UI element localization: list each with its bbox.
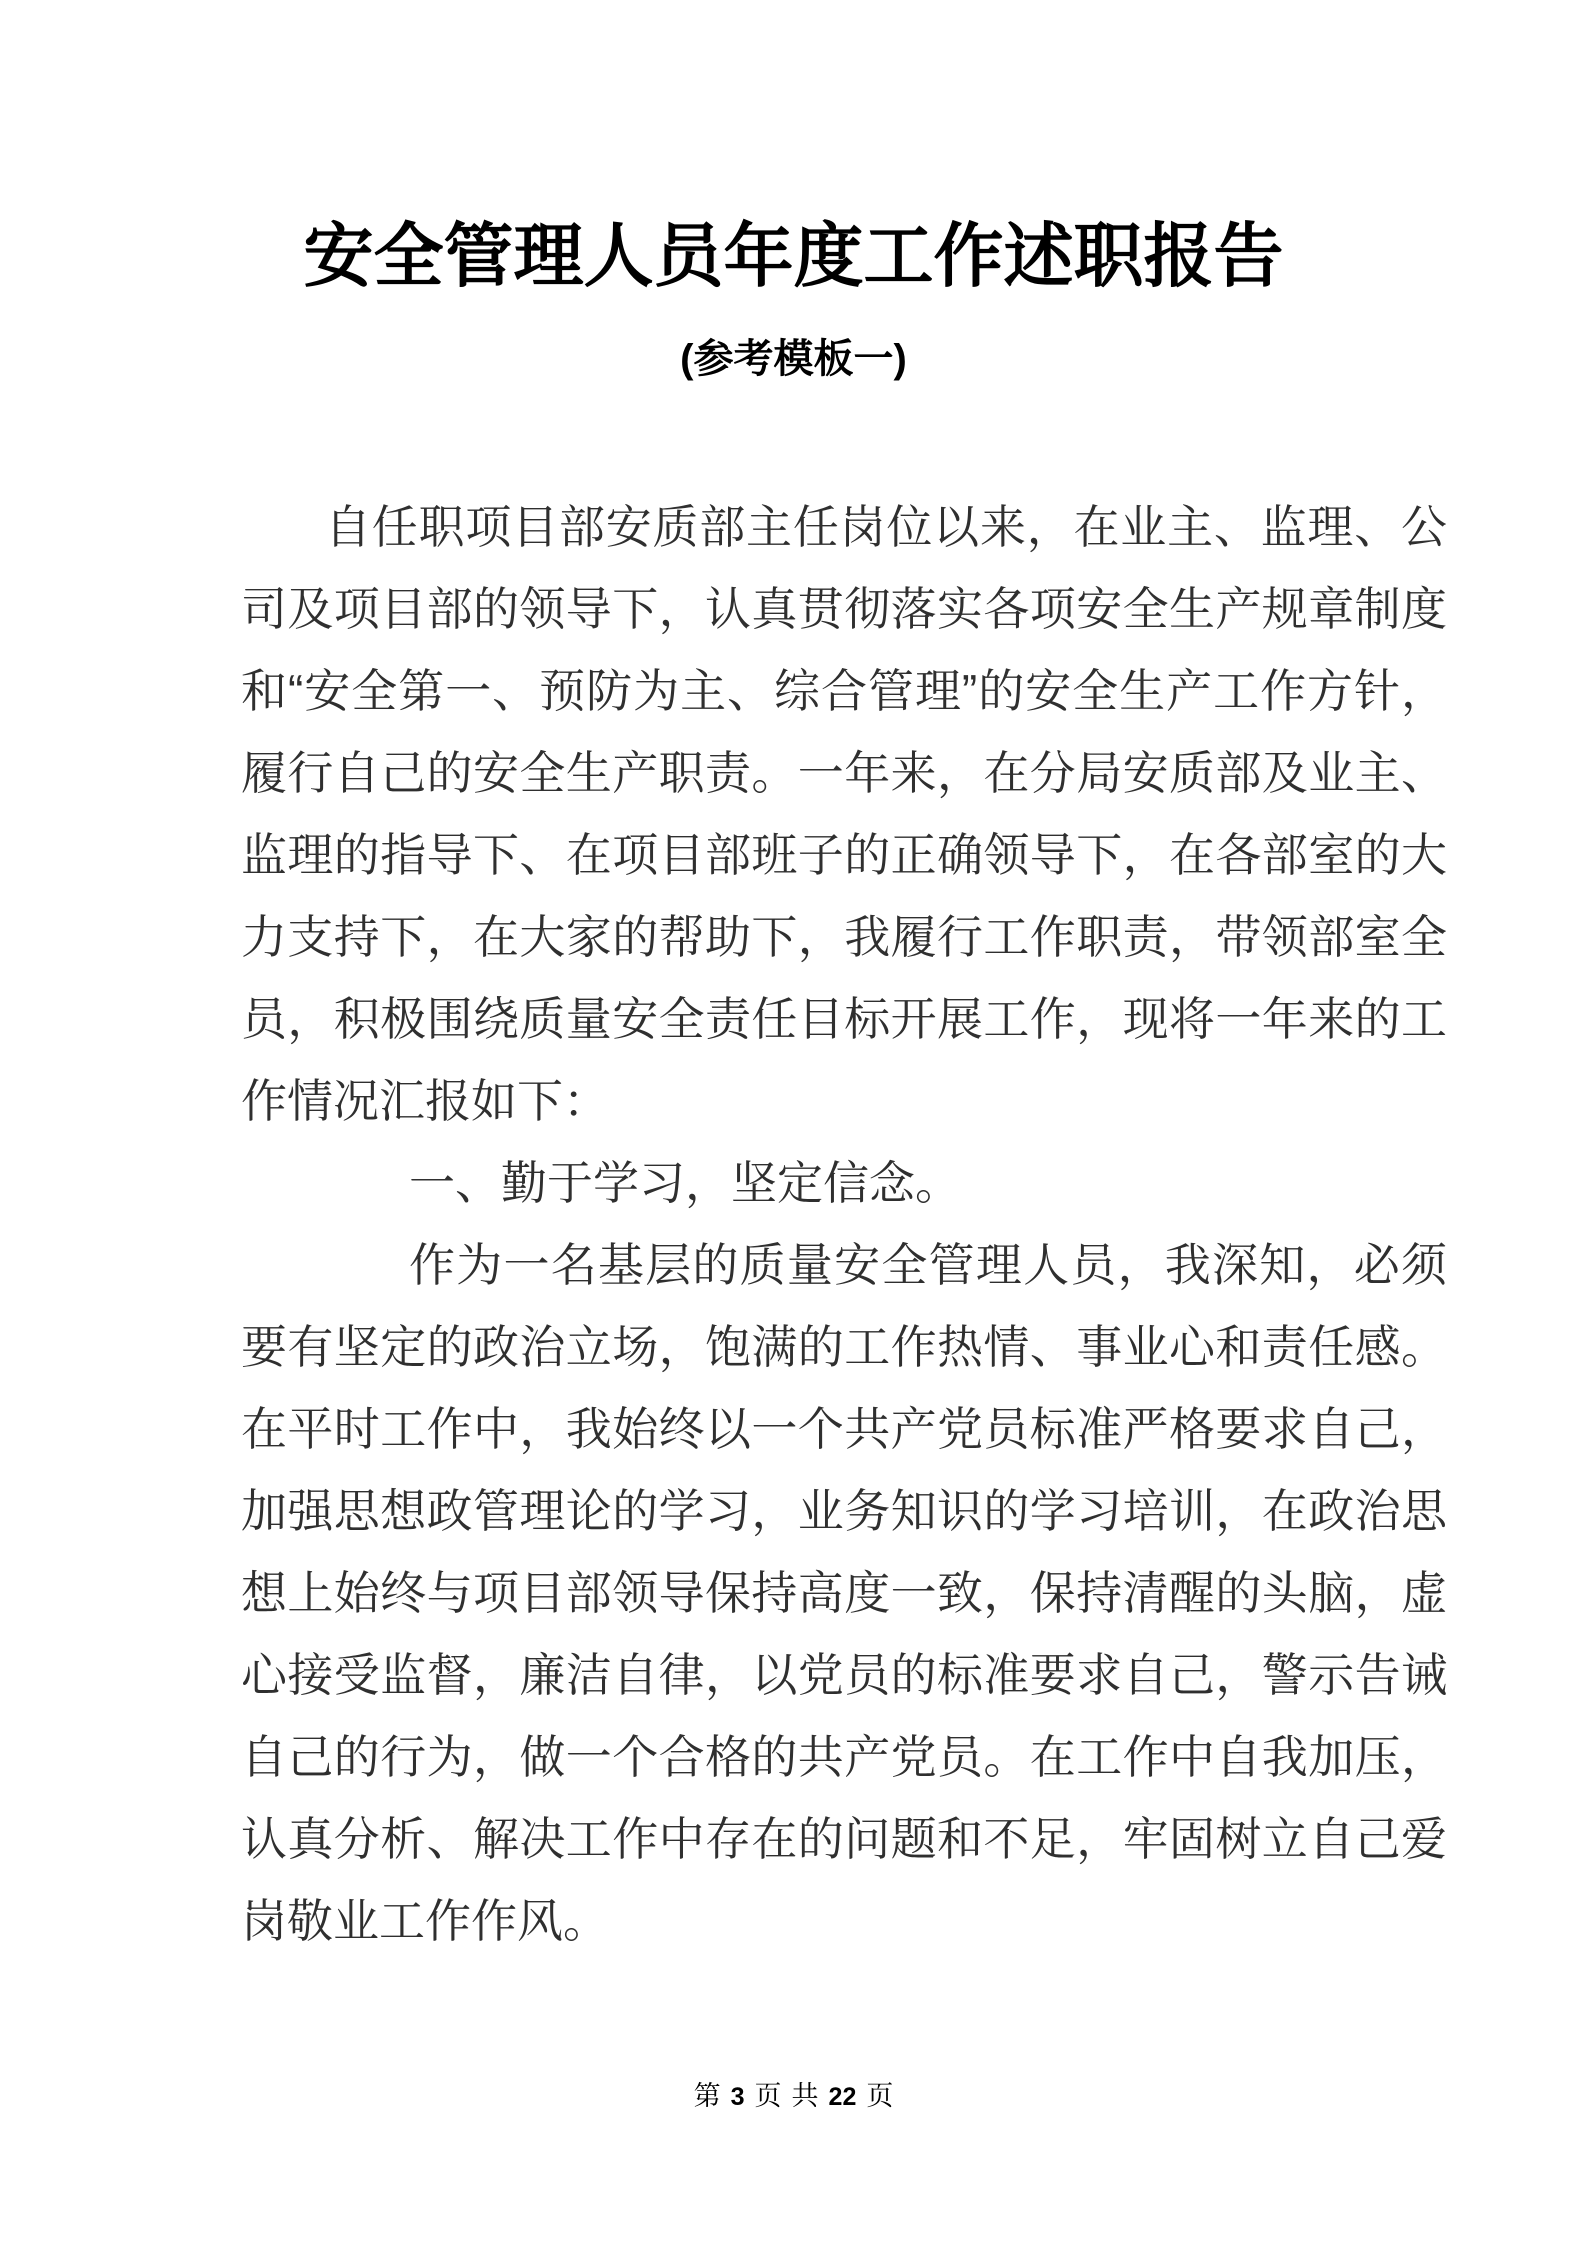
- footer-current-page: 3: [731, 2082, 745, 2112]
- section-heading: 一、勤于学习，坚定信念。: [241, 1142, 1447, 1224]
- footer-label-prefix: 第: [694, 2080, 721, 2112]
- body-line: 在平时工作中，我始终以一个共产党员标准严格要求自己，: [241, 1388, 1447, 1470]
- body-line: 想上始终与项目部领导保持高度一致，保持清醒的头脑，虚: [241, 1552, 1447, 1634]
- body-line: 岗敬业工作作风。: [241, 1880, 1447, 1962]
- body-line: 作情况汇报如下：: [241, 1060, 1447, 1142]
- body-line: 要有坚定的政治立场，饱满的工作热情、事业心和责任感。: [241, 1306, 1447, 1388]
- body-line: 力支持下，在大家的帮助下，我履行工作职责，带领部室全: [241, 896, 1447, 978]
- document-body: 自任职项目部安质部主任岗位以来，在业主、监理、公 司及项目部的领导下，认真贯彻落…: [241, 486, 1447, 1962]
- document-page: 安全管理人员年度工作述职报告 (参考模板一) 自任职项目部安质部主任岗位以来，在…: [0, 0, 1587, 2245]
- document-subtitle: (参考模板一): [0, 337, 1587, 381]
- body-line: 履行自己的安全生产职责。一年来，在分局安质部及业主、: [241, 732, 1447, 814]
- body-line: 和“安全第一、预防为主、综合管理”的安全生产工作方针，: [241, 650, 1447, 732]
- footer-total-pages: 22: [829, 2082, 857, 2112]
- body-line: 加强思想政管理论的学习，业务知识的学习培训，在政治思: [241, 1470, 1447, 1552]
- body-line: 自任职项目部安质部主任岗位以来，在业主、监理、公: [241, 486, 1447, 568]
- body-line: 作为一名基层的质量安全管理人员，我深知，必须: [241, 1224, 1447, 1306]
- footer-label-page: 页: [755, 2080, 782, 2112]
- body-line: 认真分析、解决工作中存在的问题和不足，牢固树立自己爱: [241, 1798, 1447, 1880]
- footer-label-of: 共: [792, 2080, 819, 2112]
- footer-label-page-end: 页: [866, 2080, 893, 2112]
- document-title: 安全管理人员年度工作述职报告: [0, 221, 1587, 291]
- body-line: 员，积极围绕质量安全责任目标开展工作，现将一年来的工: [241, 978, 1447, 1060]
- body-line: 心接受监督，廉洁自律，以党员的标准要求自己，警示告诫: [241, 1634, 1447, 1716]
- body-line: 自己的行为，做一个合格的共产党员。在工作中自我加压，: [241, 1716, 1447, 1798]
- body-line: 监理的指导下、在项目部班子的正确领导下，在各部室的大: [241, 814, 1447, 896]
- body-line: 司及项目部的领导下，认真贯彻落实各项安全生产规章制度: [241, 568, 1447, 650]
- page-footer: 第3页共22页: [0, 2080, 1587, 2112]
